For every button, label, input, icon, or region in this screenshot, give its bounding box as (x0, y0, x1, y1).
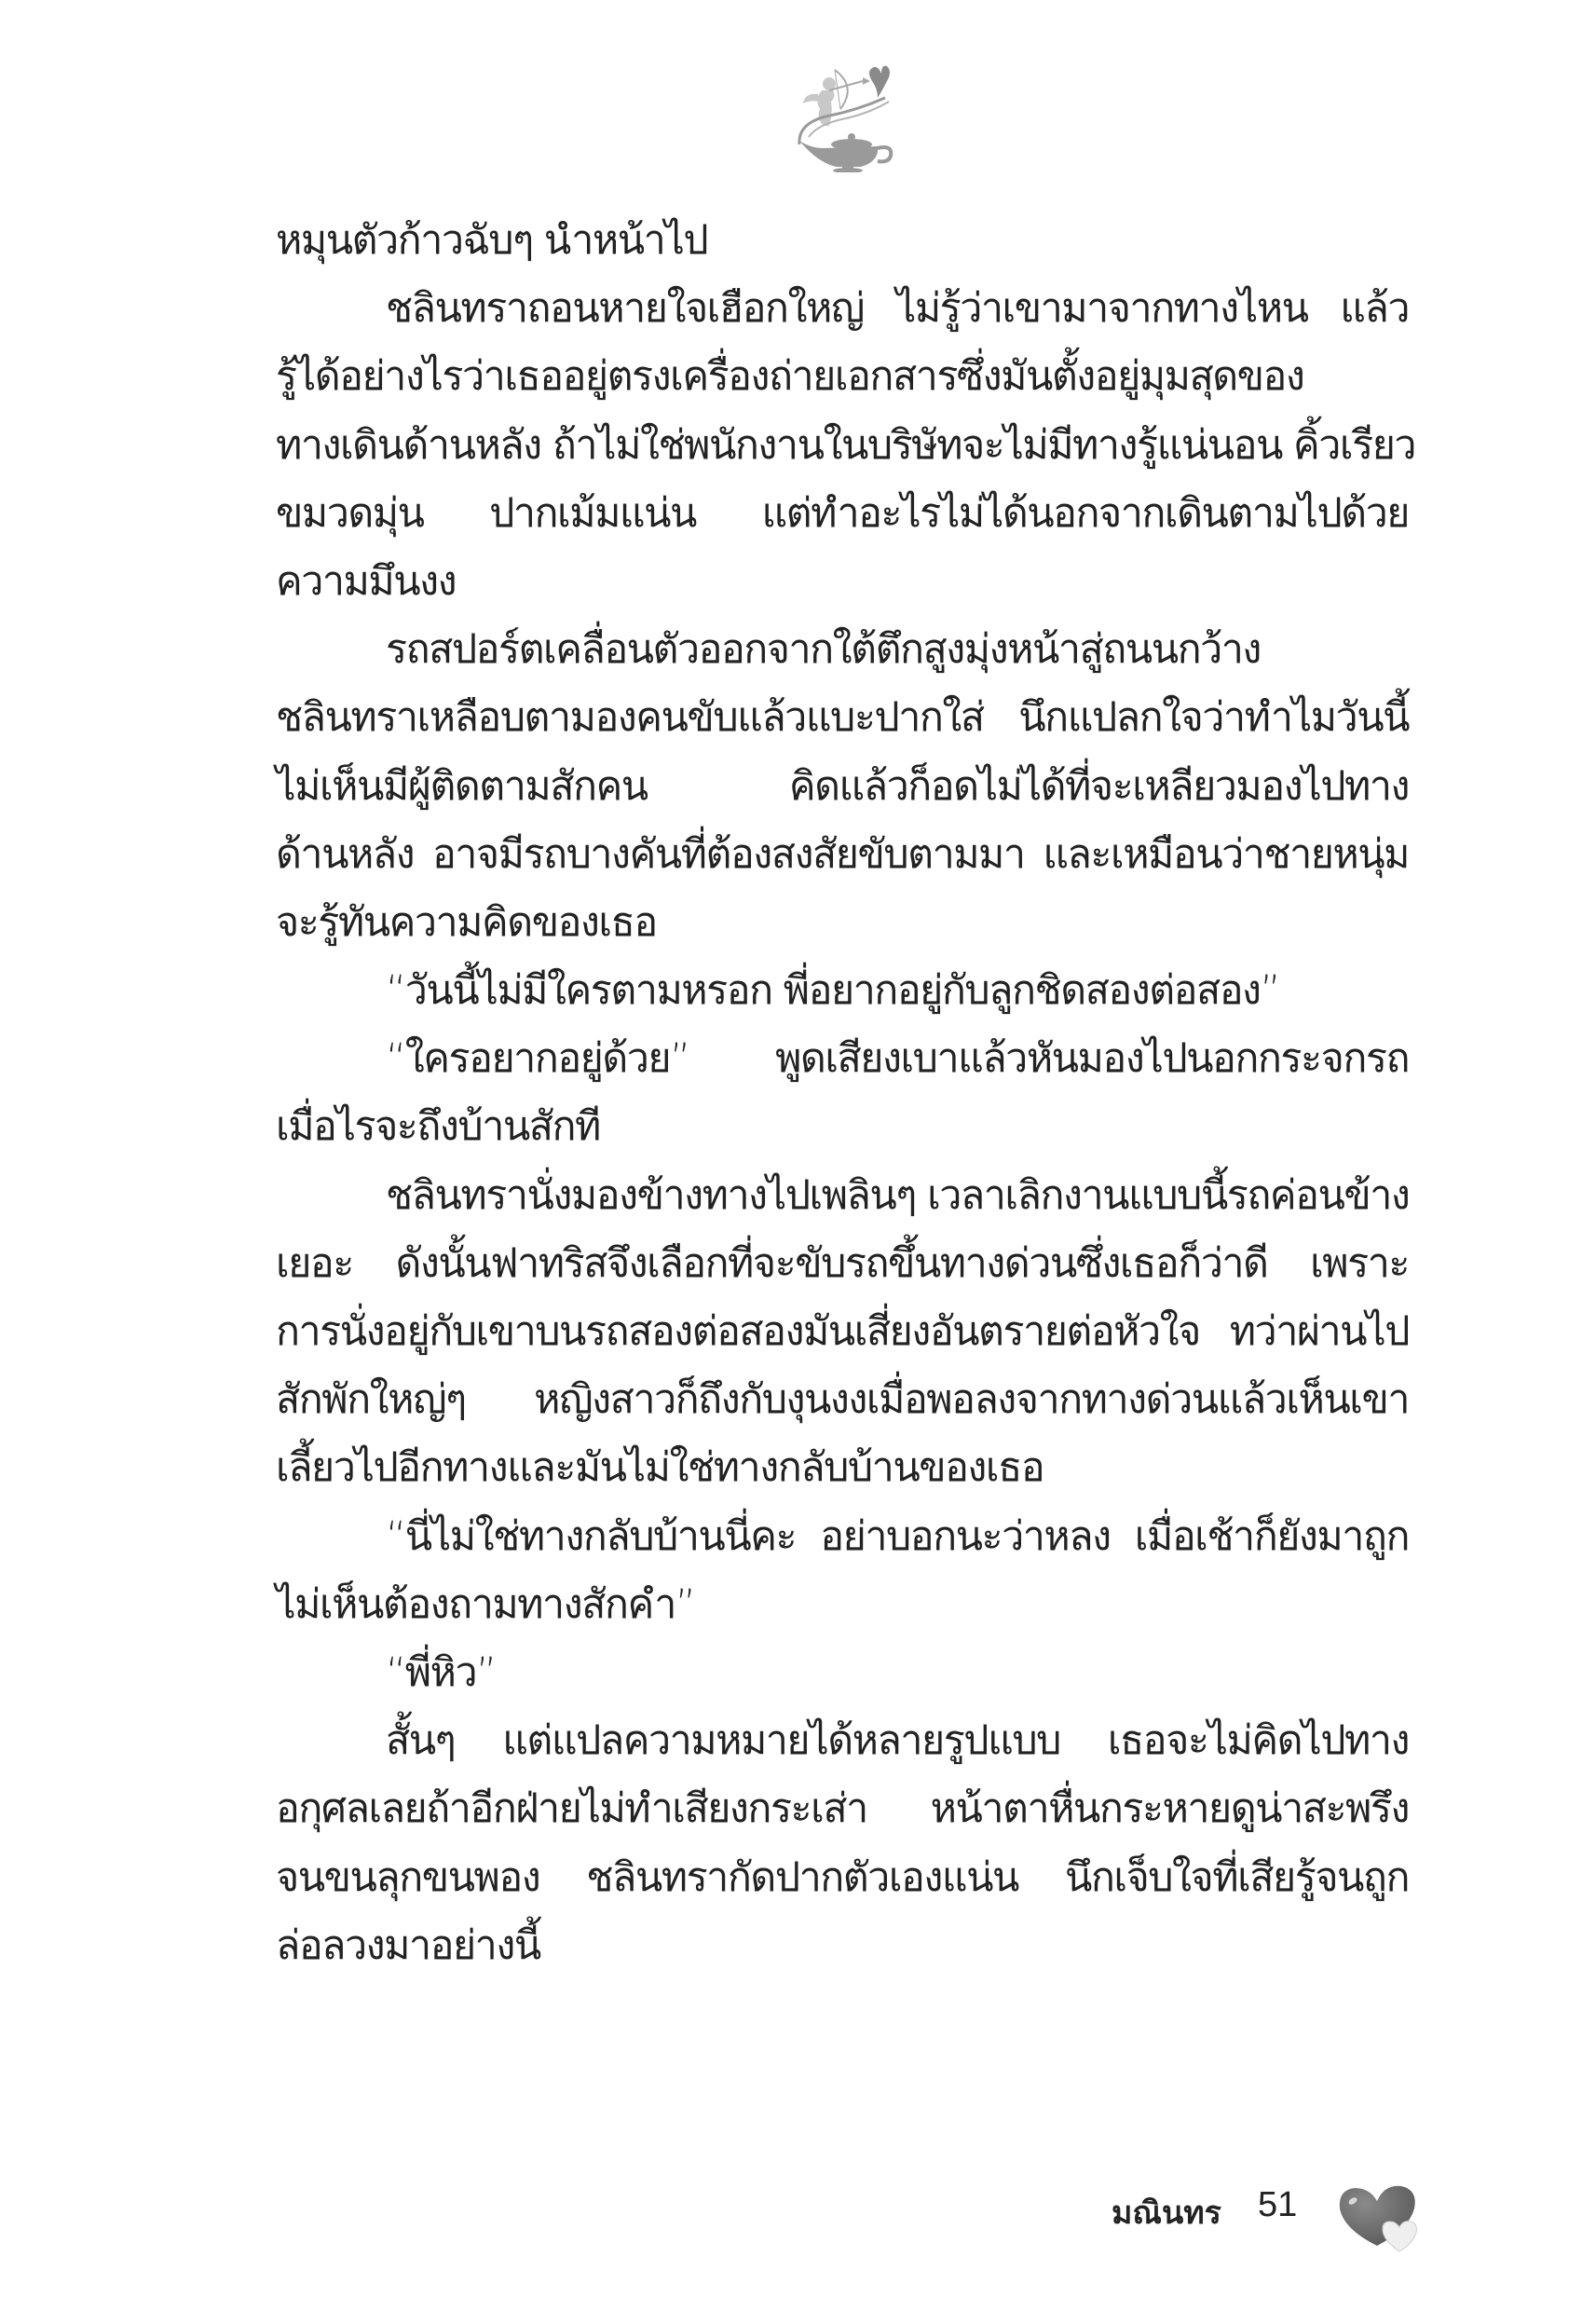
text-line: หมุนตัวก้าวฉับๆ นำหน้าไป (276, 207, 1409, 275)
text-line: เลี้ยวไปอีกทางและมันไม่ใช่ทางกลับบ้านของ… (276, 1434, 1409, 1502)
text-line: อกุศลเลยถ้าอีกฝ่ายไม่ทำเสียงกระเส่า หน้า… (276, 1775, 1409, 1843)
text-line: ชลินทราเหลือบตามองคนขับแล้วแบะปากใส่ นึก… (276, 684, 1409, 752)
text-line: เยอะ ดังนั้นฟาทริสจึงเลือกที่จะขับรถขึ้น… (276, 1230, 1409, 1298)
text-line: “พี่หิว” (276, 1639, 1409, 1707)
text-line: ชลินทรานั่งมองข้างทางไปเพลินๆ เวลาเลิกงา… (276, 1162, 1409, 1230)
text-line: “วันนี้ไม่มีใครตามหรอก พี่อยากอยู่กับลูก… (276, 957, 1409, 1025)
text-line: ไม่เห็นมีผู้ติดตามสักคน คิดแล้วก็อดไม่ได… (276, 753, 1409, 821)
text-line: จะรู้ทันความคิดของเธอ (276, 889, 1409, 957)
text-line: เมื่อไรจะถึงบ้านสักที (276, 1093, 1409, 1161)
page-number: 51 (1258, 2185, 1297, 2225)
text-line: รถสปอร์ตเคลื่อนตัวออกจากใต้ตึกสูงมุ่งหน้… (276, 616, 1409, 684)
text-line: ชลินทราถอนหายใจเฮือกใหญ่ ไม่รู้ว่าเขามาจ… (276, 275, 1409, 343)
text-line: “ใครอยากอยู่ด้วย” พูดเสียงเบาแล้วหันมองไ… (276, 1025, 1409, 1093)
two-hearts-icon (1334, 2181, 1420, 2253)
text-line: ด้านหลัง อาจมีรถบางคันที่ต้องสงสัยขับตาม… (276, 821, 1409, 889)
text-line: รู้ได้อย่างไรว่าเธออยู่ตรงเครื่องถ่ายเอก… (276, 343, 1409, 411)
text-line: สั้นๆ แต่แปลความหมายได้หลายรูปแบบ เธอจะไ… (276, 1707, 1409, 1775)
text-line: ทางเดินด้านหลัง ถ้าไม่ใช่พนักงานในบริษัท… (276, 412, 1409, 480)
text-line: “นี่ไม่ใช่ทางกลับบ้านนี่คะ อย่าบอกนะว่าห… (276, 1503, 1409, 1571)
text-line: ไม่เห็นต้องถามทางสักคำ” (276, 1571, 1409, 1639)
story-text: หมุนตัวก้าวฉับๆ นำหน้าไปชลินทราถอนหายใจเ… (276, 207, 1409, 1980)
text-line: ขมวดมุ่น ปากเม้มแน่น แต่ทำอะไรไม่ได้นอกจ… (276, 480, 1409, 548)
text-line: สักพักใหญ่ๆ หญิงสาวก็ถึงกับงุนงงเมื่อพอล… (276, 1366, 1409, 1434)
genie-lamp-cupid-heart-icon (781, 51, 902, 172)
text-line: ความมึนงง (276, 548, 1409, 616)
text-line: จนขนลุกขนพอง ชลินทรากัดปากตัวเองแน่น นึก… (276, 1844, 1409, 1912)
text-line: ล่อลวงมาอย่างนี้ (276, 1912, 1409, 1980)
text-line: การนั่งอยู่กับเขาบนรถสองต่อสองมันเสี่ยงอ… (276, 1298, 1409, 1366)
author-name: มณินทร (1112, 2187, 1221, 2237)
book-page: หมุนตัวก้าวฉับๆ นำหน้าไปชลินทราถอนหายใจเ… (0, 0, 1596, 2311)
